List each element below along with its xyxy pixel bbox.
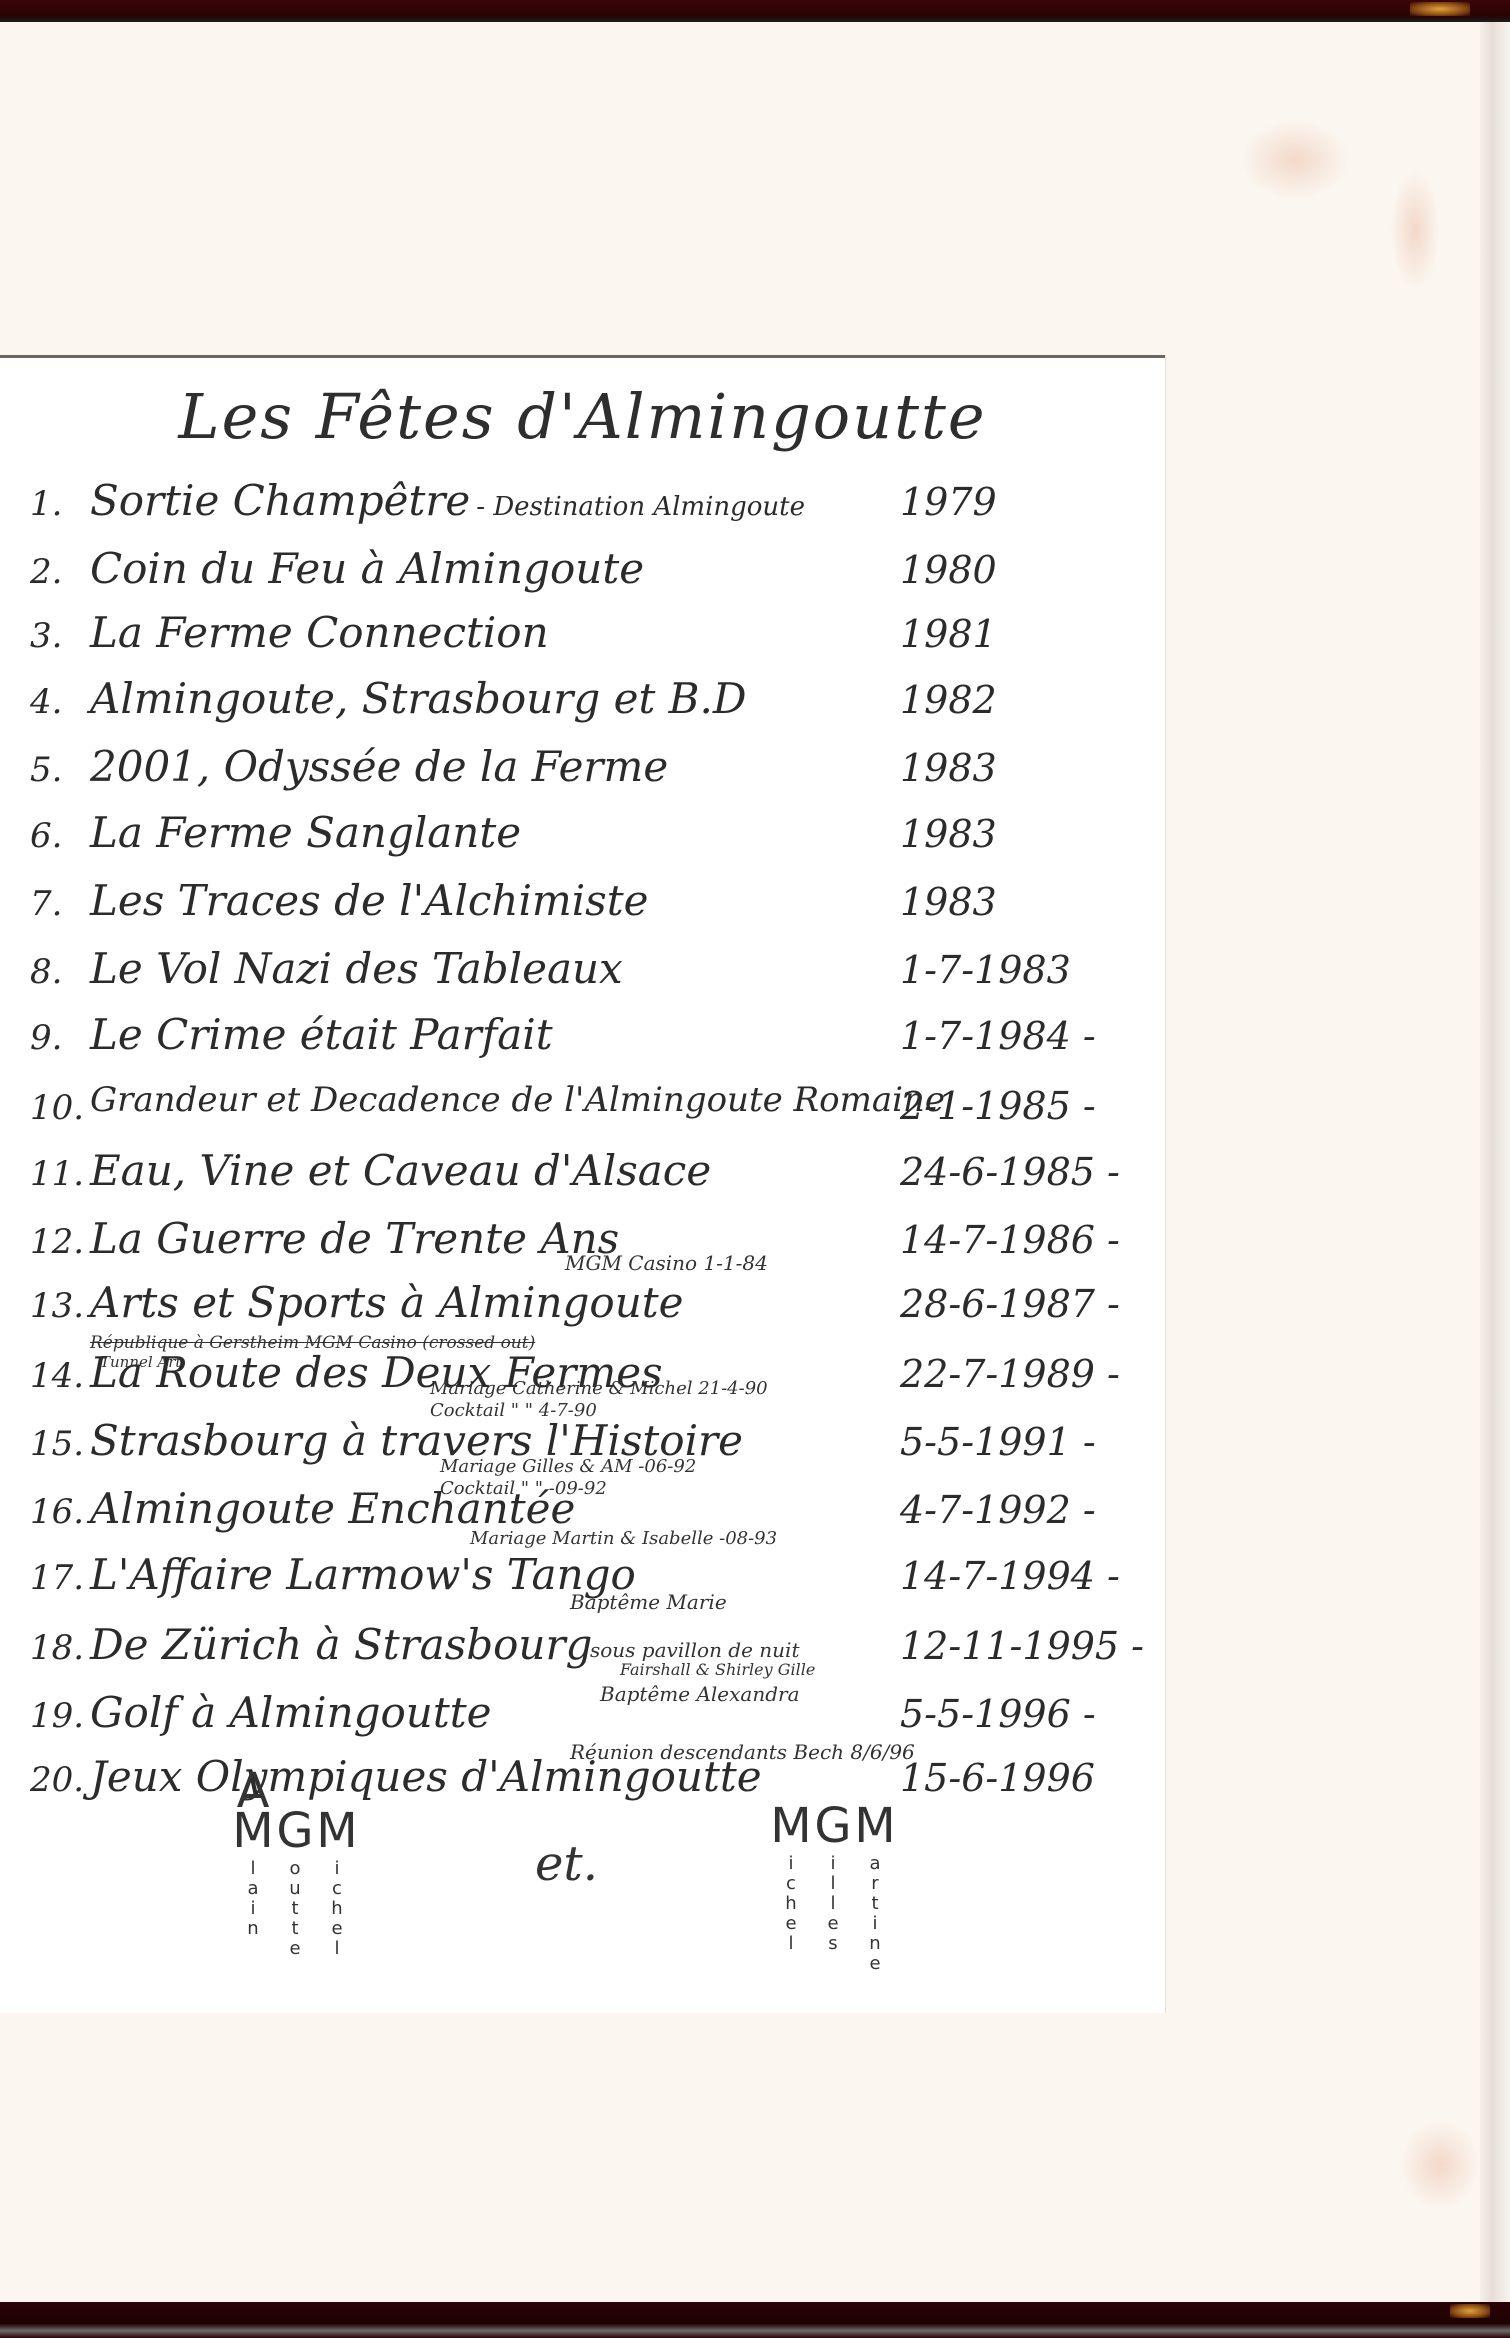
- signature-right: MichelGillesMartine: [770, 1798, 896, 1974]
- signature-column: Gilles: [812, 1798, 854, 1954]
- book-cover-top-edge: [0, 0, 1510, 22]
- signature-letter: e: [854, 1954, 896, 1974]
- signature-letter: i: [316, 1859, 358, 1879]
- annotation-13: République à Gerstheim MGM Casino (cross…: [90, 1333, 535, 1353]
- annotation-13b: Tunnel Art: [100, 1353, 181, 1371]
- entry-name-text: Sortie Champêtre: [90, 476, 470, 525]
- entry-name-text: Le Crime était Parfait: [90, 1010, 553, 1059]
- entry-name-text: L'Affaire Larmow's Tango: [90, 1550, 636, 1599]
- entry-name-text: Le Vol Nazi des Tableaux: [90, 944, 623, 993]
- entry-number: 17.: [30, 1558, 84, 1598]
- signature-letter: h: [770, 1894, 812, 1914]
- entry-name-text: Coin du Feu à Almingoute: [90, 544, 644, 593]
- signature-letter: a: [232, 1879, 274, 1899]
- signature-letter: i: [770, 1854, 812, 1874]
- annotation-16: Mariage Martin & Isabelle -08-93: [470, 1528, 777, 1549]
- entry-number: 14.: [30, 1356, 84, 1396]
- entry-name: La Guerre de Trente Ans: [90, 1214, 619, 1263]
- entry-number: 5.: [30, 750, 62, 790]
- gilded-corner: [1410, 2, 1470, 16]
- list-item: 8.Le Vol Nazi des Tableaux1-7-1983: [30, 944, 1170, 1004]
- entry-number: 13.: [30, 1286, 84, 1326]
- list-item: 3.La Ferme Connection1981: [30, 608, 1170, 668]
- entry-name: Arts et Sports à Almingoute: [90, 1278, 684, 1327]
- signature-letter: l: [812, 1874, 854, 1894]
- entry-number: 2.: [30, 552, 62, 592]
- list-item: 11.Eau, Vine et Caveau d'Alsace24-6-1985…: [30, 1146, 1170, 1206]
- entry-date: 1981: [900, 612, 997, 656]
- entry-number: 11.: [30, 1154, 84, 1194]
- entry-name-text: De Zürich à Strasbourg: [90, 1620, 592, 1669]
- foxing-stain: [1400, 2120, 1480, 2210]
- signature-column: Michel: [316, 1803, 358, 1959]
- signature-letter: t: [274, 1899, 316, 1919]
- foxing-stain: [1390, 170, 1440, 290]
- entry-number: 9.: [30, 1018, 62, 1058]
- signature-initial-a: A: [232, 1763, 274, 1819]
- pasted-sheet: Les Fêtes d'Almingoutte 1.Sortie Champêt…: [0, 355, 1165, 2013]
- annotation-14b: Cocktail " " 4-7-90: [430, 1400, 597, 1421]
- signature-letter: c: [316, 1879, 358, 1899]
- signature-letter: e: [274, 1939, 316, 1959]
- entry-date: 1-7-1984 -: [900, 1014, 1096, 1058]
- signature-letter: i: [232, 1899, 274, 1919]
- annotation-15b: Cocktail " " -09-92: [440, 1478, 607, 1499]
- entry-number: 3.: [30, 616, 62, 656]
- list-item: 9.Le Crime était Parfait1-7-1984 -: [30, 1010, 1170, 1070]
- list-item: 1.Sortie Champêtre- Destination Almingou…: [30, 476, 1170, 536]
- signature-letter: n: [854, 1934, 896, 1954]
- entry-number: 20.: [30, 1760, 84, 1800]
- signature-letter: a: [854, 1854, 896, 1874]
- entry-date: 2-1-1985 -: [900, 1084, 1096, 1128]
- entry-name-text: Les Traces de l'Alchimiste: [90, 876, 648, 925]
- signature-letter: u: [274, 1879, 316, 1899]
- entry-name-text: Golf à Almingoutte: [90, 1688, 491, 1737]
- signature-letter: c: [770, 1874, 812, 1894]
- signature-letter: t: [274, 1919, 316, 1939]
- signature-column: Mlain: [232, 1803, 274, 1939]
- entry-date: 1983: [900, 880, 997, 924]
- signature-initial: M: [770, 1798, 812, 1854]
- entry-name: La Ferme Sanglante: [90, 808, 521, 857]
- document-title: Les Fêtes d'Almingoutte: [0, 380, 1165, 453]
- signature-column: Goutte: [274, 1803, 316, 1959]
- entry-name-text: 2001, Odyssée de la Ferme: [90, 742, 668, 791]
- entry-date: 28-6-1987 -: [900, 1282, 1120, 1326]
- signature-letter: n: [232, 1919, 274, 1939]
- annotation-18b: Fairshall & Shirley Gille: [620, 1660, 815, 1679]
- entry-number: 7.: [30, 884, 62, 924]
- entry-date: 5-5-1996 -: [900, 1692, 1096, 1736]
- entry-number: 16.: [30, 1492, 84, 1532]
- entry-number: 12.: [30, 1222, 84, 1262]
- annotation-18a: sous pavillon de nuit: [590, 1638, 800, 1662]
- signature-letter: h: [316, 1899, 358, 1919]
- entry-name: L'Affaire Larmow's Tango: [90, 1550, 636, 1599]
- annotation-17: Baptême Marie: [570, 1590, 727, 1614]
- entry-name: Eau, Vine et Caveau d'Alsace: [90, 1146, 711, 1195]
- entry-date: 1983: [900, 812, 997, 856]
- annotation-18c: Baptême Alexandra: [600, 1682, 800, 1706]
- entry-name: Grandeur et Decadence de l'Almingoute Ro…: [90, 1080, 945, 1120]
- entry-name-text: La Ferme Connection: [90, 608, 549, 657]
- entry-number: 8.: [30, 952, 62, 992]
- signature-letter: s: [812, 1934, 854, 1954]
- entry-date: 22-7-1989 -: [900, 1352, 1120, 1396]
- entry-date: 4-7-1992 -: [900, 1488, 1096, 1532]
- entry-name-text: La Ferme Sanglante: [90, 808, 521, 857]
- entry-number: 10.: [30, 1088, 84, 1128]
- entry-name: Coin du Feu à Almingoute: [90, 544, 644, 593]
- entry-name: Sortie Champêtre- Destination Almingoute: [90, 476, 805, 525]
- annotation-15a: Mariage Gilles & AM -06-92: [440, 1456, 696, 1477]
- entry-name: Les Traces de l'Alchimiste: [90, 876, 648, 925]
- annotation-12: MGM Casino 1-1-84: [565, 1251, 768, 1275]
- book-cover-bottom-edge: [0, 2302, 1510, 2338]
- entry-number: 1.: [30, 484, 62, 524]
- entry-name: De Zürich à Strasbourg: [90, 1620, 592, 1669]
- gilded-corner: [1450, 2304, 1490, 2318]
- list-item: 5.2001, Odyssée de la Ferme1983: [30, 742, 1170, 802]
- signature-left: A MlainGoutteMichel: [232, 1803, 358, 1959]
- list-item: 4.Almingoute, Strasbourg et B.D1982: [30, 674, 1170, 734]
- entry-number: 6.: [30, 816, 62, 856]
- entry-date: 5-5-1991 -: [900, 1420, 1096, 1464]
- entry-date: 1983: [900, 746, 997, 790]
- entry-date: 1-7-1983: [900, 948, 1071, 992]
- list-item: 13.Arts et Sports à Almingoute28-6-1987 …: [30, 1278, 1170, 1338]
- signature-column: Michel: [770, 1798, 812, 1954]
- entry-date: 1980: [900, 548, 997, 592]
- entry-date: 15-6-1996: [900, 1756, 1095, 1800]
- entry-name-text: Eau, Vine et Caveau d'Alsace: [90, 1146, 711, 1195]
- signature-letter: l: [232, 1859, 274, 1879]
- signature-letter: o: [274, 1859, 316, 1879]
- entry-name-text: Almingoute, Strasbourg et B.D: [90, 674, 747, 723]
- signature-letter: l: [770, 1934, 812, 1954]
- entry-date: 1979: [900, 480, 997, 524]
- signature-initial: M: [854, 1798, 896, 1854]
- book-spine-edge: [1480, 22, 1510, 2302]
- signature-column: Martine: [854, 1798, 896, 1974]
- entry-number: 19.: [30, 1696, 84, 1736]
- list-item: 7.Les Traces de l'Alchimiste1983: [30, 876, 1170, 936]
- entry-name-text: Grandeur et Decadence de l'Almingoute Ro…: [90, 1080, 945, 1120]
- signature-letter: t: [854, 1894, 896, 1914]
- signature-letter: i: [812, 1854, 854, 1874]
- entry-name: Golf à Almingoutte: [90, 1688, 491, 1737]
- signature-letter: e: [316, 1919, 358, 1939]
- signature-letter: l: [316, 1939, 358, 1959]
- signature-letter: i: [854, 1914, 896, 1934]
- signature-letter: e: [770, 1914, 812, 1934]
- entry-name-text: La Guerre de Trente Ans: [90, 1214, 619, 1263]
- entry-number: 4.: [30, 682, 62, 722]
- signature-letter: l: [812, 1894, 854, 1914]
- entry-name: 2001, Odyssée de la Ferme: [90, 742, 668, 791]
- entry-subtitle: - Destination Almingoute: [476, 492, 805, 522]
- list-item: 6.La Ferme Sanglante1983: [30, 808, 1170, 868]
- entry-name: Almingoute, Strasbourg et B.D: [90, 674, 747, 723]
- entry-name: Le Vol Nazi des Tableaux: [90, 944, 623, 993]
- signature-initial: G: [274, 1803, 316, 1859]
- annotation-14a: Mariage Catherine & Michel 21-4-90: [430, 1378, 768, 1399]
- signature-letter: e: [812, 1914, 854, 1934]
- annotation-19: Réunion descendants Bech 8/6/96: [570, 1740, 915, 1764]
- signature-conjunction: et.: [535, 1836, 598, 1892]
- entry-date: 1982: [900, 678, 997, 722]
- foxing-stain: [1240, 120, 1350, 200]
- entry-date: 24-6-1985 -: [900, 1150, 1120, 1194]
- entry-date: 12-11-1995 -: [900, 1624, 1144, 1668]
- entry-date: 14-7-1994 -: [900, 1554, 1120, 1598]
- signature-initial: G: [812, 1798, 854, 1854]
- entry-name: Le Crime était Parfait: [90, 1010, 553, 1059]
- entry-number: 15.: [30, 1424, 84, 1464]
- entry-name: La Ferme Connection: [90, 608, 549, 657]
- entry-name-text: Arts et Sports à Almingoute: [90, 1278, 684, 1327]
- entry-date: 14-7-1986 -: [900, 1218, 1120, 1262]
- signature-initial: M: [316, 1803, 358, 1859]
- signature-letter: r: [854, 1874, 896, 1894]
- list-item: 2.Coin du Feu à Almingoute1980: [30, 544, 1170, 604]
- entry-number: 18.: [30, 1628, 84, 1668]
- list-item: 10.Grandeur et Decadence de l'Almingoute…: [30, 1080, 1170, 1140]
